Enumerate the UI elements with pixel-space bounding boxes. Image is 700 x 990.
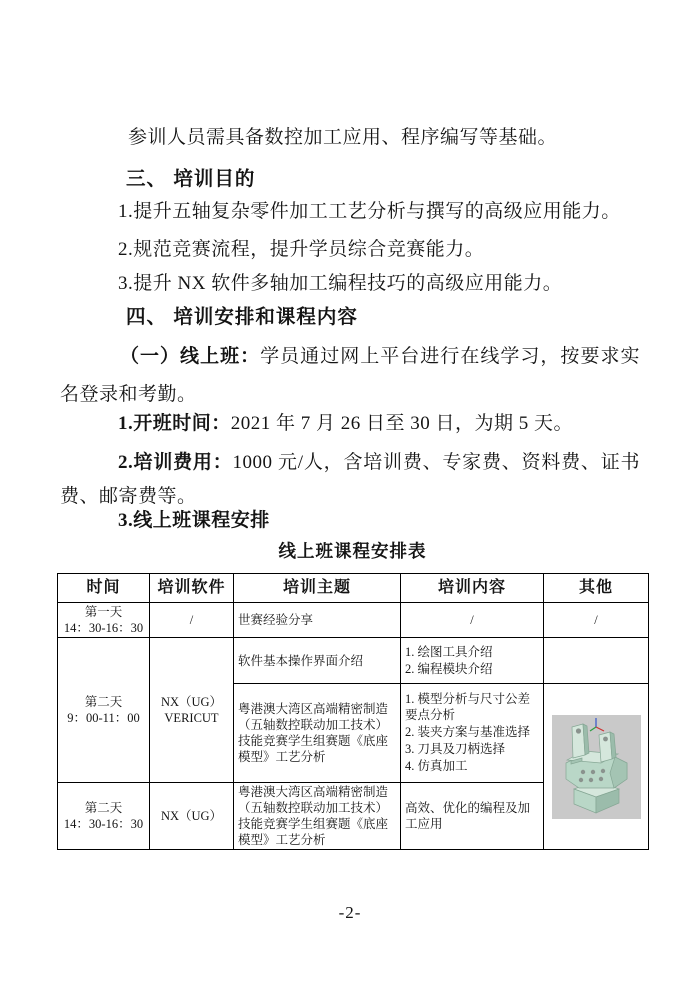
paragraph-fee: 2.培训费用：1000 元/人，含培训费、专家费、资料费、证书费、邮寄费等。 [60,446,640,514]
purpose-item-1: 1.提升五轴复杂零件加工工艺分析与撰写的高级应用能力。 [60,199,640,225]
document-page: 参训人员需具备数控加工应用、程序编写等基础。 三、 培训目的 1.提升五轴复杂零… [0,0,700,990]
paragraph-basis: 参训人员需具备数控加工应用、程序编写等基础。 [60,125,640,151]
table-row-day2-morning-a: 第二天 9：00-11：00 NX（UG） VERICUT 软件基本操作界面介绍… [58,638,649,684]
table-row-day1: 第一天 14：30-16：30 / 世赛经验分享 / / [58,603,649,638]
header-time: 时间 [58,574,150,603]
cell-topic-day1: 世赛经验分享 [234,603,401,638]
header-software: 培训软件 [150,574,234,603]
purpose-item-2: 2.规范竞赛流程，提升学员综合竞赛能力。 [60,237,640,263]
schedule-table: 时间 培训软件 培训主题 培训内容 其他 第一天 14：30-16：30 / 世… [57,573,649,850]
cell-content-software-intro: 1. 绘图工具介绍 2. 编程模块介绍 [401,638,544,684]
schedule-table-title: 线上班课程安排表 [57,538,648,563]
cell-content-competition-analysis: 1. 模型分析与尺寸公差要点分析 2. 装夹方案与基准选择 3. 刀具及刀柄选择… [401,684,544,783]
content-item: 4. 仿真加工 [405,758,539,774]
heading-training-arrangement: 四、 培训安排和课程内容 [60,304,640,330]
content-item: 1. 绘图工具介绍 [405,644,539,660]
start-time-text: 2021 年 7 月 26 日至 30 日，为期 5 天。 [231,413,573,434]
cell-time-day2-morning: 第二天 9：00-11：00 [58,638,150,783]
paragraph-schedule-label: 3.线上班课程安排 [60,508,640,534]
content-item: 3. 刀具及刀柄选择 [405,741,539,757]
start-time-label: 1.开班时间： [118,413,231,434]
day1-label: 第一天 [62,604,145,620]
cell-time-day2-afternoon: 第二天 14：30-16：30 [58,783,150,850]
content-item: 2. 编程模块介绍 [405,661,539,677]
day1-hours: 14：30-16：30 [62,620,145,636]
header-other: 其他 [544,574,649,603]
cell-content-day1: / [401,603,544,638]
day2m-label: 第二天 [62,694,145,710]
cell-software-day2-afternoon: NX（UG） [150,783,234,850]
header-topic: 培训主题 [234,574,401,603]
heading-training-purpose: 三、 培训目的 [60,166,640,192]
header-content: 培训内容 [401,574,544,603]
software-vericut: VERICUT [154,710,229,726]
cell-other-day1: / [544,603,649,638]
fee-label: 2.培训费用： [118,452,232,473]
base-part-3d-model-image [552,715,641,819]
cad-model-graphic [552,715,641,819]
cell-other-model-image [544,684,649,850]
purpose-item-3: 3.提升 NX 软件多轴加工编程技巧的高级应用能力。 [60,271,640,297]
day2m-hours: 9：00-11：00 [62,710,145,726]
online-class-label: （一）线上班： [120,346,260,367]
cell-software-day2-morning: NX（UG） VERICUT [150,638,234,783]
header-row: 时间 培训软件 培训主题 培训内容 其他 [58,574,649,603]
day2a-label: 第二天 [62,800,145,816]
cell-software-day1: / [150,603,234,638]
paragraph-online-class: （一）线上班：学员通过网上平台进行在线学习，按要求实名登录和考勤。 [60,338,640,414]
paragraph-start-time: 1.开班时间：2021 年 7 月 26 日至 30 日，为期 5 天。 [60,411,640,437]
cell-topic-software-intro: 软件基本操作界面介绍 [234,638,401,684]
cell-topic-day2-afternoon: 粤港澳大湾区高端精密制造（五轴数控联动加工技术）技能竞赛学生组赛题《底座模型》工… [234,783,401,850]
content-item: 1. 模型分析与尺寸公差要点分析 [405,691,539,723]
cell-topic-competition-analysis: 粤港澳大湾区高端精密制造（五轴数控联动加工技术）技能竞赛学生组赛题《底座模型》工… [234,684,401,783]
content-item: 2. 装夹方案与基准选择 [405,724,539,740]
cell-content-day2-afternoon: 高效、优化的编程及加工应用 [401,783,544,850]
cell-other-empty [544,638,649,684]
software-nx-ug: NX（UG） [154,694,229,710]
day2a-hours: 14：30-16：30 [62,816,145,832]
page-number: -2- [0,903,700,923]
cell-time-day1: 第一天 14：30-16：30 [58,603,150,638]
